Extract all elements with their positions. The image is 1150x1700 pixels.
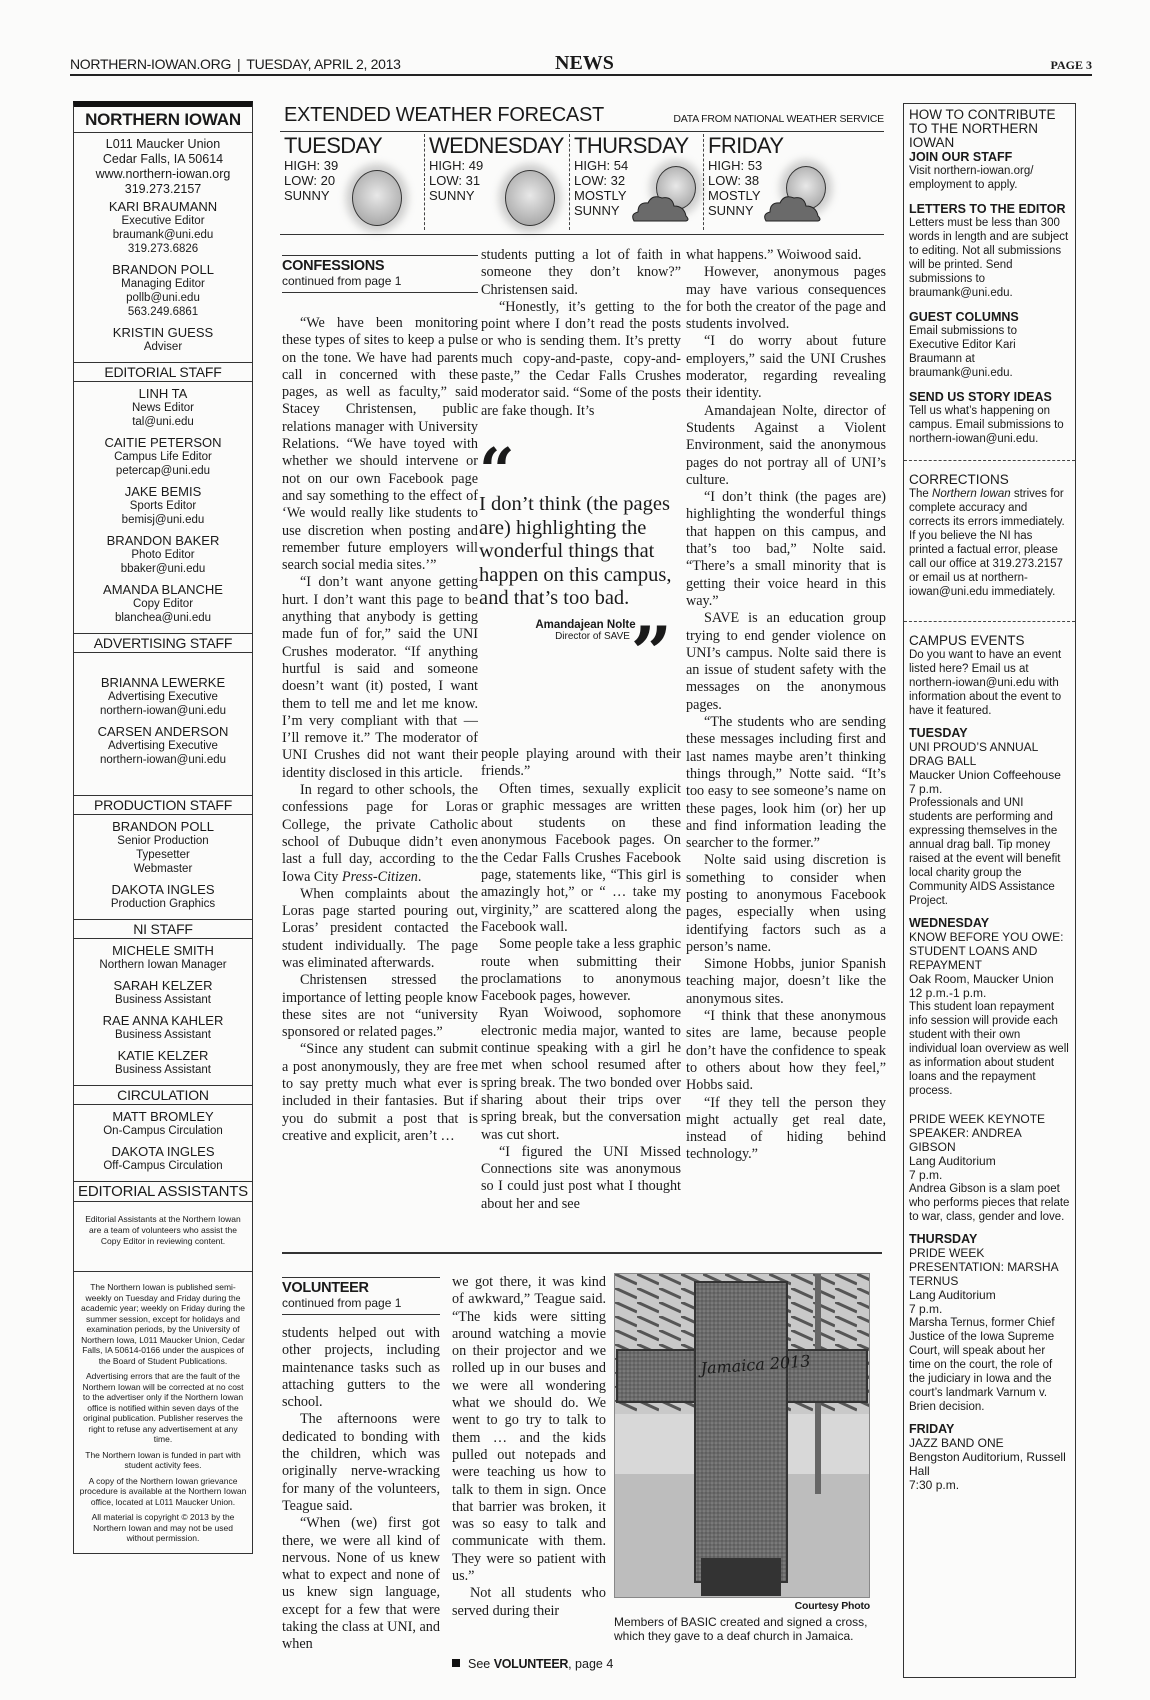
article-paragraph: “I think that these anonymous sites are …	[686, 1008, 886, 1094]
staff-entry: DAKOTA INGLESOff-Campus Circulation	[74, 1144, 252, 1173]
staff-name: BRIANNA LEWERKE	[74, 675, 252, 690]
staff-entry: CARSEN ANDERSONAdvertising Executivenort…	[74, 724, 252, 767]
staff-email[interactable]: blanchea@uni.edu	[74, 611, 252, 625]
contribute-sidebar: HOW TO CONTRIBUTE TO THE NORTHERN IOWAN …	[903, 103, 1076, 1678]
staff-name: JAKE BEMIS	[74, 484, 252, 499]
staff-email[interactable]: pollb@uni.edu	[74, 291, 252, 305]
volunteer-column-2: we got there, it was kind of awkward,” T…	[452, 1274, 606, 1620]
article-paragraph: “We have been monitoring these types of …	[282, 315, 478, 574]
weather-forecast: EXTENDED WEATHER FORECAST DATA FROM NATI…	[280, 104, 884, 234]
corrections-pre: The	[909, 488, 932, 500]
staff-name: RAE ANNA KAHLER	[74, 1013, 252, 1028]
staff-entry: KATIE KELZERBusiness Assistant	[74, 1048, 252, 1077]
event-day: TUESDAY	[909, 726, 1070, 740]
staff-entry: LINH TANews Editortal@uni.edu	[74, 386, 252, 429]
story-kicker-volunteer: VOLUNTEER continued from page 1	[282, 1277, 440, 1315]
event-location: Maucker Union Coffeehouse	[909, 768, 1070, 782]
staff-role: Production Graphics	[74, 897, 252, 911]
staff-entry: BRANDON POLL Managing Editor pollb@uni.e…	[74, 262, 252, 319]
event-location: Lang Auditorium	[909, 1154, 1070, 1168]
section-heading-ni-staff: NI STAFF	[74, 919, 252, 939]
contribute-sections: JOIN OUR STAFFVisit northern-iowan.org/ …	[909, 150, 1070, 446]
kicker-title: VOLUNTEER	[282, 1280, 440, 1296]
article-paragraph: In regard to other schools, the confessi…	[282, 782, 478, 886]
section-heading-production: PRODUCTION STAFF	[74, 795, 252, 815]
section-heading-circulation: CIRCULATION	[74, 1085, 252, 1105]
pull-quote: “ I don’t think (the pages are) highligh…	[479, 445, 684, 642]
event-item: THURSDAYPRIDE WEEK PRESENTATION: MARSHA …	[909, 1232, 1070, 1414]
article-paragraph: Some people take a less graphic route wh…	[481, 936, 681, 1005]
event-location: Lang Auditorium	[909, 1288, 1070, 1302]
contact-block: L011 Maucker Union Cedar Falls, IA 50614…	[74, 133, 252, 358]
article-paragraph: we got there, it was kind of awkward,” T…	[452, 1274, 606, 1585]
divider	[280, 131, 884, 132]
confessions-column-2-bottom: people playing around with their friends…	[481, 746, 681, 1213]
article-paragraph: When complaints about the Loras page sta…	[282, 886, 478, 972]
legal-paragraph: A copy of the Northern Iowan grievance p…	[79, 1476, 247, 1508]
article-paragraph: Ryan Woiwood, sophomore electronic media…	[481, 1005, 681, 1143]
event-day: WEDNESDAY	[909, 916, 1070, 930]
contribute-section-body: Tell us what’s happening on campus. Emai…	[909, 404, 1070, 446]
staff-role: Advertising Executive	[74, 690, 252, 704]
issue-date: TUESDAY, APRIL 2, 2013	[246, 56, 400, 72]
photo-caption: Members of BASIC created and signed a cr…	[614, 1615, 884, 1643]
event-description: Marsha Ternus, former Chief Justice of t…	[909, 1316, 1070, 1414]
contribute-section-body: Visit northern-iowan.org/ employment to …	[909, 164, 1070, 192]
event-location: Oak Room, Maucker Union	[909, 972, 1070, 986]
contribute-section-body: Letters must be less than 300 words in l…	[909, 216, 1070, 300]
staff-role: Webmaster	[74, 862, 252, 876]
header-separator: |	[237, 56, 240, 72]
article-paragraph: “When (we) first got there, we were all …	[282, 1515, 440, 1653]
article-paragraph: Christensen stressed the importance of l…	[282, 972, 478, 1041]
event-location: Bengston Auditorium, Russell Hall	[909, 1450, 1070, 1478]
article-paragraph: Often times, sexually explicit or graphi…	[481, 781, 681, 937]
advertising-staff-list: BRIANNA LEWERKEAdvertising Executivenort…	[74, 653, 252, 791]
staff-entry: CAITIE PETERSONCampus Life Editorpeterca…	[74, 435, 252, 478]
pull-quote-text: I don’t think (the pages are) highlighti…	[479, 493, 684, 611]
staff-name: MICHELE SMITH	[74, 943, 252, 958]
legal-paragraph: The Northern Iowan is published semi-wee…	[79, 1282, 247, 1366]
event-title: JAZZ BAND ONE	[909, 1436, 1070, 1450]
event-time: 12 p.m.-1 p.m.	[909, 986, 1070, 1000]
staff-name: SARAH KELZER	[74, 978, 252, 993]
sun-icon	[505, 170, 555, 226]
contribute-section-title: JOIN OUR STAFF	[909, 150, 1070, 164]
staff-entry: RAE ANNA KAHLERBusiness Assistant	[74, 1013, 252, 1042]
staff-role: On-Campus Circulation	[74, 1124, 252, 1138]
legal-paragraph: Advertising errors that are the fault of…	[79, 1371, 247, 1445]
staff-role: Business Assistant	[74, 1063, 252, 1077]
staff-name: KRISTIN GUESS	[74, 325, 252, 340]
event-day: THURSDAY	[909, 1232, 1070, 1246]
legal-paragraph: The Northern Iowan is funded in part wit…	[79, 1450, 247, 1471]
staff-entry: MICHELE SMITHNorthern Iowan Manager	[74, 943, 252, 972]
staff-name: MATT BROMLEY	[74, 1109, 252, 1124]
jump-story-name: VOLUNTEER	[494, 1657, 568, 1671]
staff-entry: AMANDA BLANCHECopy Editorblanchea@uni.ed…	[74, 582, 252, 625]
staff-name: KATIE KELZER	[74, 1048, 252, 1063]
staff-email[interactable]: tal@uni.edu	[74, 415, 252, 429]
website-link[interactable]: www.northern-iowan.org	[74, 167, 252, 182]
article-paragraph: “The students who are sending these mess…	[686, 714, 886, 852]
contribute-section-title: LETTERS TO THE EDITOR	[909, 202, 1070, 216]
campus-events-list: TUESDAYUNI PROUD’S ANNUAL DRAG BALLMauck…	[909, 726, 1070, 1492]
event-time: 7 p.m.	[909, 1302, 1070, 1316]
photo-illustration: Jamaica 2013	[615, 1274, 870, 1598]
publication-name: Northern Iowan	[932, 488, 1011, 500]
forecast-high: HIGH: 49	[425, 158, 569, 173]
staff-entry: MATT BROMLEYOn-Campus Circulation	[74, 1109, 252, 1138]
event-description: Andrea Gibson is a slam poet who perform…	[909, 1182, 1070, 1224]
event-title: PRIDE WEEK PRESENTATION: MARSHA TERNUS	[909, 1246, 1070, 1288]
circulation-staff-list: MATT BROMLEYOn-Campus CirculationDAKOTA …	[74, 1105, 252, 1177]
photo-credit: Courtesy Photo	[614, 1600, 870, 1612]
event-item: TUESDAYUNI PROUD’S ANNUAL DRAG BALLMauck…	[909, 726, 1070, 908]
staff-email[interactable]: petercap@uni.edu	[74, 464, 252, 478]
staff-email[interactable]: northern-iowan@uni.edu	[74, 753, 252, 767]
address-line: L011 Maucker Union	[74, 137, 252, 152]
sidebar-heading: HOW TO CONTRIBUTE TO THE NORTHERN IOWAN	[909, 108, 1070, 150]
forecast-day-thursday: THURSDAY HIGH: 54 LOW: 32 MOSTLY SUNNY	[569, 134, 703, 230]
jump-prefix: See	[468, 1657, 494, 1671]
staff-email[interactable]: bbaker@uni.edu	[74, 562, 252, 576]
campus-events-heading: CAMPUS EVENTS	[909, 634, 1070, 648]
forecast-day-name: TUESDAY	[280, 134, 424, 158]
staff-name: KARI BRAUMANN	[74, 199, 252, 214]
staff-entry: SARAH KELZERBusiness Assistant	[74, 978, 252, 1007]
story-kicker-confessions: CONFESSIONS continued from page 1	[282, 255, 478, 293]
section-heading-editorial-assistants: EDITORIAL ASSISTANTS	[74, 1181, 252, 1202]
article-paragraph: students putting a lot of faith in someo…	[481, 247, 681, 299]
staff-entry: JAKE BEMISSports Editorbemisj@uni.edu	[74, 484, 252, 527]
event-title: KNOW BEFORE YOU OWE: STUDENT LOANS AND R…	[909, 930, 1070, 972]
article-paragraph: Not all students who served during their	[452, 1585, 606, 1620]
phone-number: 319.273.2157	[74, 182, 252, 197]
forecast-day-name: WEDNESDAY	[425, 134, 569, 158]
continued-from: continued from page 1	[282, 274, 478, 288]
contribute-section-title: SEND US STORY IDEAS	[909, 390, 1070, 404]
staff-email[interactable]: northern-iowan@uni.edu	[74, 704, 252, 718]
forecast-day-tuesday: TUESDAY HIGH: 39 LOW: 20 SUNNY	[280, 134, 424, 230]
article-paragraph: Amandajean Nolte, director of Students A…	[686, 403, 886, 489]
event-day: FRIDAY	[909, 1422, 1070, 1436]
staff-role: Off-Campus Circulation	[74, 1159, 252, 1173]
article-paragraph: “If they tell the person they might actu…	[686, 1095, 886, 1164]
event-item: FRIDAYJAZZ BAND ONEBengston Auditorium, …	[909, 1422, 1070, 1492]
article-paragraph: The afternoons were dedicated to bonding…	[282, 1411, 440, 1515]
forecast-low: LOW: 20	[280, 173, 424, 188]
article-paragraph: “I don’t think (the pages are) highlight…	[686, 489, 886, 610]
header-site-date: NORTHERN-IOWAN.ORG|TUESDAY, APRIL 2, 201…	[70, 56, 401, 72]
forecast-day-name: FRIDAY	[704, 134, 884, 158]
staff-entry: KRISTIN GUESS Adviser	[74, 325, 252, 354]
staff-role: Managing Editor	[74, 277, 252, 291]
dashed-divider	[904, 621, 1075, 622]
confessions-column-3: what happens.” Woiwood said.However, ano…	[686, 247, 886, 1164]
site-name: NORTHERN-IOWAN.ORG	[70, 56, 231, 72]
dashed-divider	[904, 460, 1075, 461]
bullet-square-icon	[452, 1659, 460, 1667]
corrections-text: The Northern Iowan strives for complete …	[909, 487, 1070, 599]
staff-role: Advertising Executive	[74, 739, 252, 753]
event-description: Professionals and UNI students are perfo…	[909, 796, 1070, 908]
article-paragraph: However, anonymous pages may have variou…	[686, 264, 886, 333]
staff-name: BRANDON BAKER	[74, 533, 252, 548]
article-paragraph: students helped out with other projects,…	[282, 1325, 440, 1411]
staff-entry: BRANDON BAKERPhoto Editorbbaker@uni.edu	[74, 533, 252, 576]
staff-directory: NORTHERN IOWAN L011 Maucker Union Cedar …	[73, 101, 253, 1554]
staff-entry: KARI BRAUMANN Executive Editor braumank@…	[74, 199, 252, 256]
event-item: PRIDE WEEK KEYNOTE SPEAKER: ANDREA GIBSO…	[909, 1112, 1070, 1224]
staff-role: News Editor	[74, 401, 252, 415]
staff-role: Business Assistant	[74, 993, 252, 1007]
section-title: NEWS	[555, 52, 614, 75]
staff-name: BRANDON POLL	[74, 819, 252, 834]
staff-name: DAKOTA INGLES	[74, 1144, 252, 1159]
staff-box-title: NORTHERN IOWAN	[74, 107, 252, 133]
staff-email[interactable]: bemisj@uni.edu	[74, 513, 252, 527]
forecast-high: HIGH: 39	[280, 158, 424, 173]
weather-source: DATA FROM NATIONAL WEATHER SERVICE	[673, 113, 884, 125]
publication-legal-notice: The Northern Iowan is published semi-wee…	[74, 1272, 252, 1553]
article-paragraph: “I don’t want anyone getting hurt. I don…	[282, 574, 478, 782]
staff-role: Typesetter	[74, 848, 252, 862]
staff-entry: BRIANNA LEWERKEAdvertising Executivenort…	[74, 675, 252, 718]
forecast-day-name: THURSDAY	[570, 134, 703, 158]
article-paragraph: “Honestly, it’s getting to the point whe…	[481, 299, 681, 420]
story-divider	[282, 1252, 882, 1254]
cloud-icon	[762, 192, 822, 222]
staff-phone: 319.273.6826	[74, 242, 252, 256]
event-title: PRIDE WEEK KEYNOTE SPEAKER: ANDREA GIBSO…	[909, 1112, 1070, 1154]
staff-email[interactable]: braumank@uni.edu	[74, 228, 252, 242]
staff-role: Senior Production	[74, 834, 252, 848]
open-quote-icon: “	[479, 445, 684, 485]
article-paragraph: what happens.” Woiwood said.	[686, 247, 886, 264]
article-paragraph: “Since any student can submit a post ano…	[282, 1041, 478, 1145]
section-heading-editorial: EDITORIAL STAFF	[74, 362, 252, 382]
article-paragraph: “I do worry about future employers,” sai…	[686, 333, 886, 402]
close-quote-icon: ”	[631, 623, 672, 683]
event-item: WEDNESDAYKNOW BEFORE YOU OWE: STUDENT LO…	[909, 916, 1070, 1098]
contribute-section-body: Email submissions to Executive Editor Ka…	[909, 324, 1070, 380]
staff-name: DAKOTA INGLES	[74, 882, 252, 897]
confessions-column-2-top: students putting a lot of faith in someo…	[481, 247, 681, 420]
kicker-title: CONFESSIONS	[282, 258, 478, 274]
event-time: 7:30 p.m.	[909, 1478, 1070, 1492]
legal-paragraph: All material is copyright © 2013 by the …	[79, 1512, 247, 1544]
staff-entry: BRANDON POLLSenior ProductionTypesetterW…	[74, 819, 252, 876]
event-time: 7 p.m.	[909, 782, 1070, 796]
sun-icon	[352, 170, 402, 226]
article-paragraph: people playing around with their friends…	[481, 746, 681, 781]
corrections-body: strives for complete accuracy and correc…	[909, 488, 1065, 598]
staff-role: Sports Editor	[74, 499, 252, 513]
page-number: PAGE 3	[1051, 58, 1092, 73]
staff-role: Copy Editor	[74, 597, 252, 611]
jump-page: , page 4	[568, 1657, 613, 1671]
ni-staff-list: MICHELE SMITHNorthern Iowan ManagerSARAH…	[74, 939, 252, 1081]
address-line: Cedar Falls, IA 50614	[74, 152, 252, 167]
campus-events-intro: Do you want to have an event listed here…	[909, 648, 1070, 718]
cross-photo: Jamaica 2013	[614, 1273, 870, 1598]
weather-title: EXTENDED WEATHER FORECAST	[284, 104, 604, 127]
article-paragraph: “I figured the UNI Missed Connections si…	[481, 1144, 681, 1213]
staff-role: Northern Iowan Manager	[74, 958, 252, 972]
staff-role: Executive Editor	[74, 214, 252, 228]
article-paragraph: SAVE is an education group trying to end…	[686, 610, 886, 714]
divider	[280, 234, 884, 235]
page-header: NORTHERN-IOWAN.ORG|TUESDAY, APRIL 2, 201…	[70, 52, 1092, 76]
staff-name: CAITIE PETERSON	[74, 435, 252, 450]
volunteer-column-1: students helped out with other projects,…	[282, 1325, 440, 1654]
editorial-assistants-note: Editorial Assistants at the Northern Iow…	[74, 1202, 252, 1272]
staff-role: Photo Editor	[74, 548, 252, 562]
see-volunteer-jump-link[interactable]: See VOLUNTEER, page 4	[452, 1657, 613, 1671]
continued-from: continued from page 1	[282, 1296, 440, 1310]
staff-role: Adviser	[74, 340, 252, 354]
contribute-section-title: GUEST COLUMNS	[909, 310, 1070, 324]
article-paragraph: Simone Hobbs, junior Spanish teaching ma…	[686, 956, 886, 1008]
staff-entry: DAKOTA INGLESProduction Graphics	[74, 882, 252, 911]
section-heading-advertising: ADVERTISING STAFF	[74, 633, 252, 653]
production-staff-list: BRANDON POLLSenior ProductionTypesetterW…	[74, 815, 252, 915]
article-paragraph: Nolte said using discretion is something…	[686, 852, 886, 956]
staff-name: BRANDON POLL	[74, 262, 252, 277]
staff-role: Business Assistant	[74, 1028, 252, 1042]
staff-name: CARSEN ANDERSON	[74, 724, 252, 739]
staff-name: LINH TA	[74, 386, 252, 401]
event-time: 7 p.m.	[909, 1168, 1070, 1182]
cloud-icon	[630, 192, 690, 222]
event-title: UNI PROUD’S ANNUAL DRAG BALL	[909, 740, 1070, 768]
staff-phone: 563.249.6861	[74, 305, 252, 319]
staff-name: AMANDA BLANCHE	[74, 582, 252, 597]
corrections-heading: CORRECTIONS	[909, 473, 1070, 487]
confessions-column-1: “We have been monitoring these types of …	[282, 315, 478, 1145]
editorial-staff-list: LINH TANews Editortal@uni.eduCAITIE PETE…	[74, 382, 252, 629]
forecast-day-friday: FRIDAY HIGH: 53 LOW: 38 MOSTLY SUNNY	[703, 134, 884, 230]
event-description: This student loan repayment info session…	[909, 1000, 1070, 1098]
staff-role: Campus Life Editor	[74, 450, 252, 464]
forecast-day-wednesday: WEDNESDAY HIGH: 49 LOW: 31 SUNNY	[424, 134, 569, 230]
